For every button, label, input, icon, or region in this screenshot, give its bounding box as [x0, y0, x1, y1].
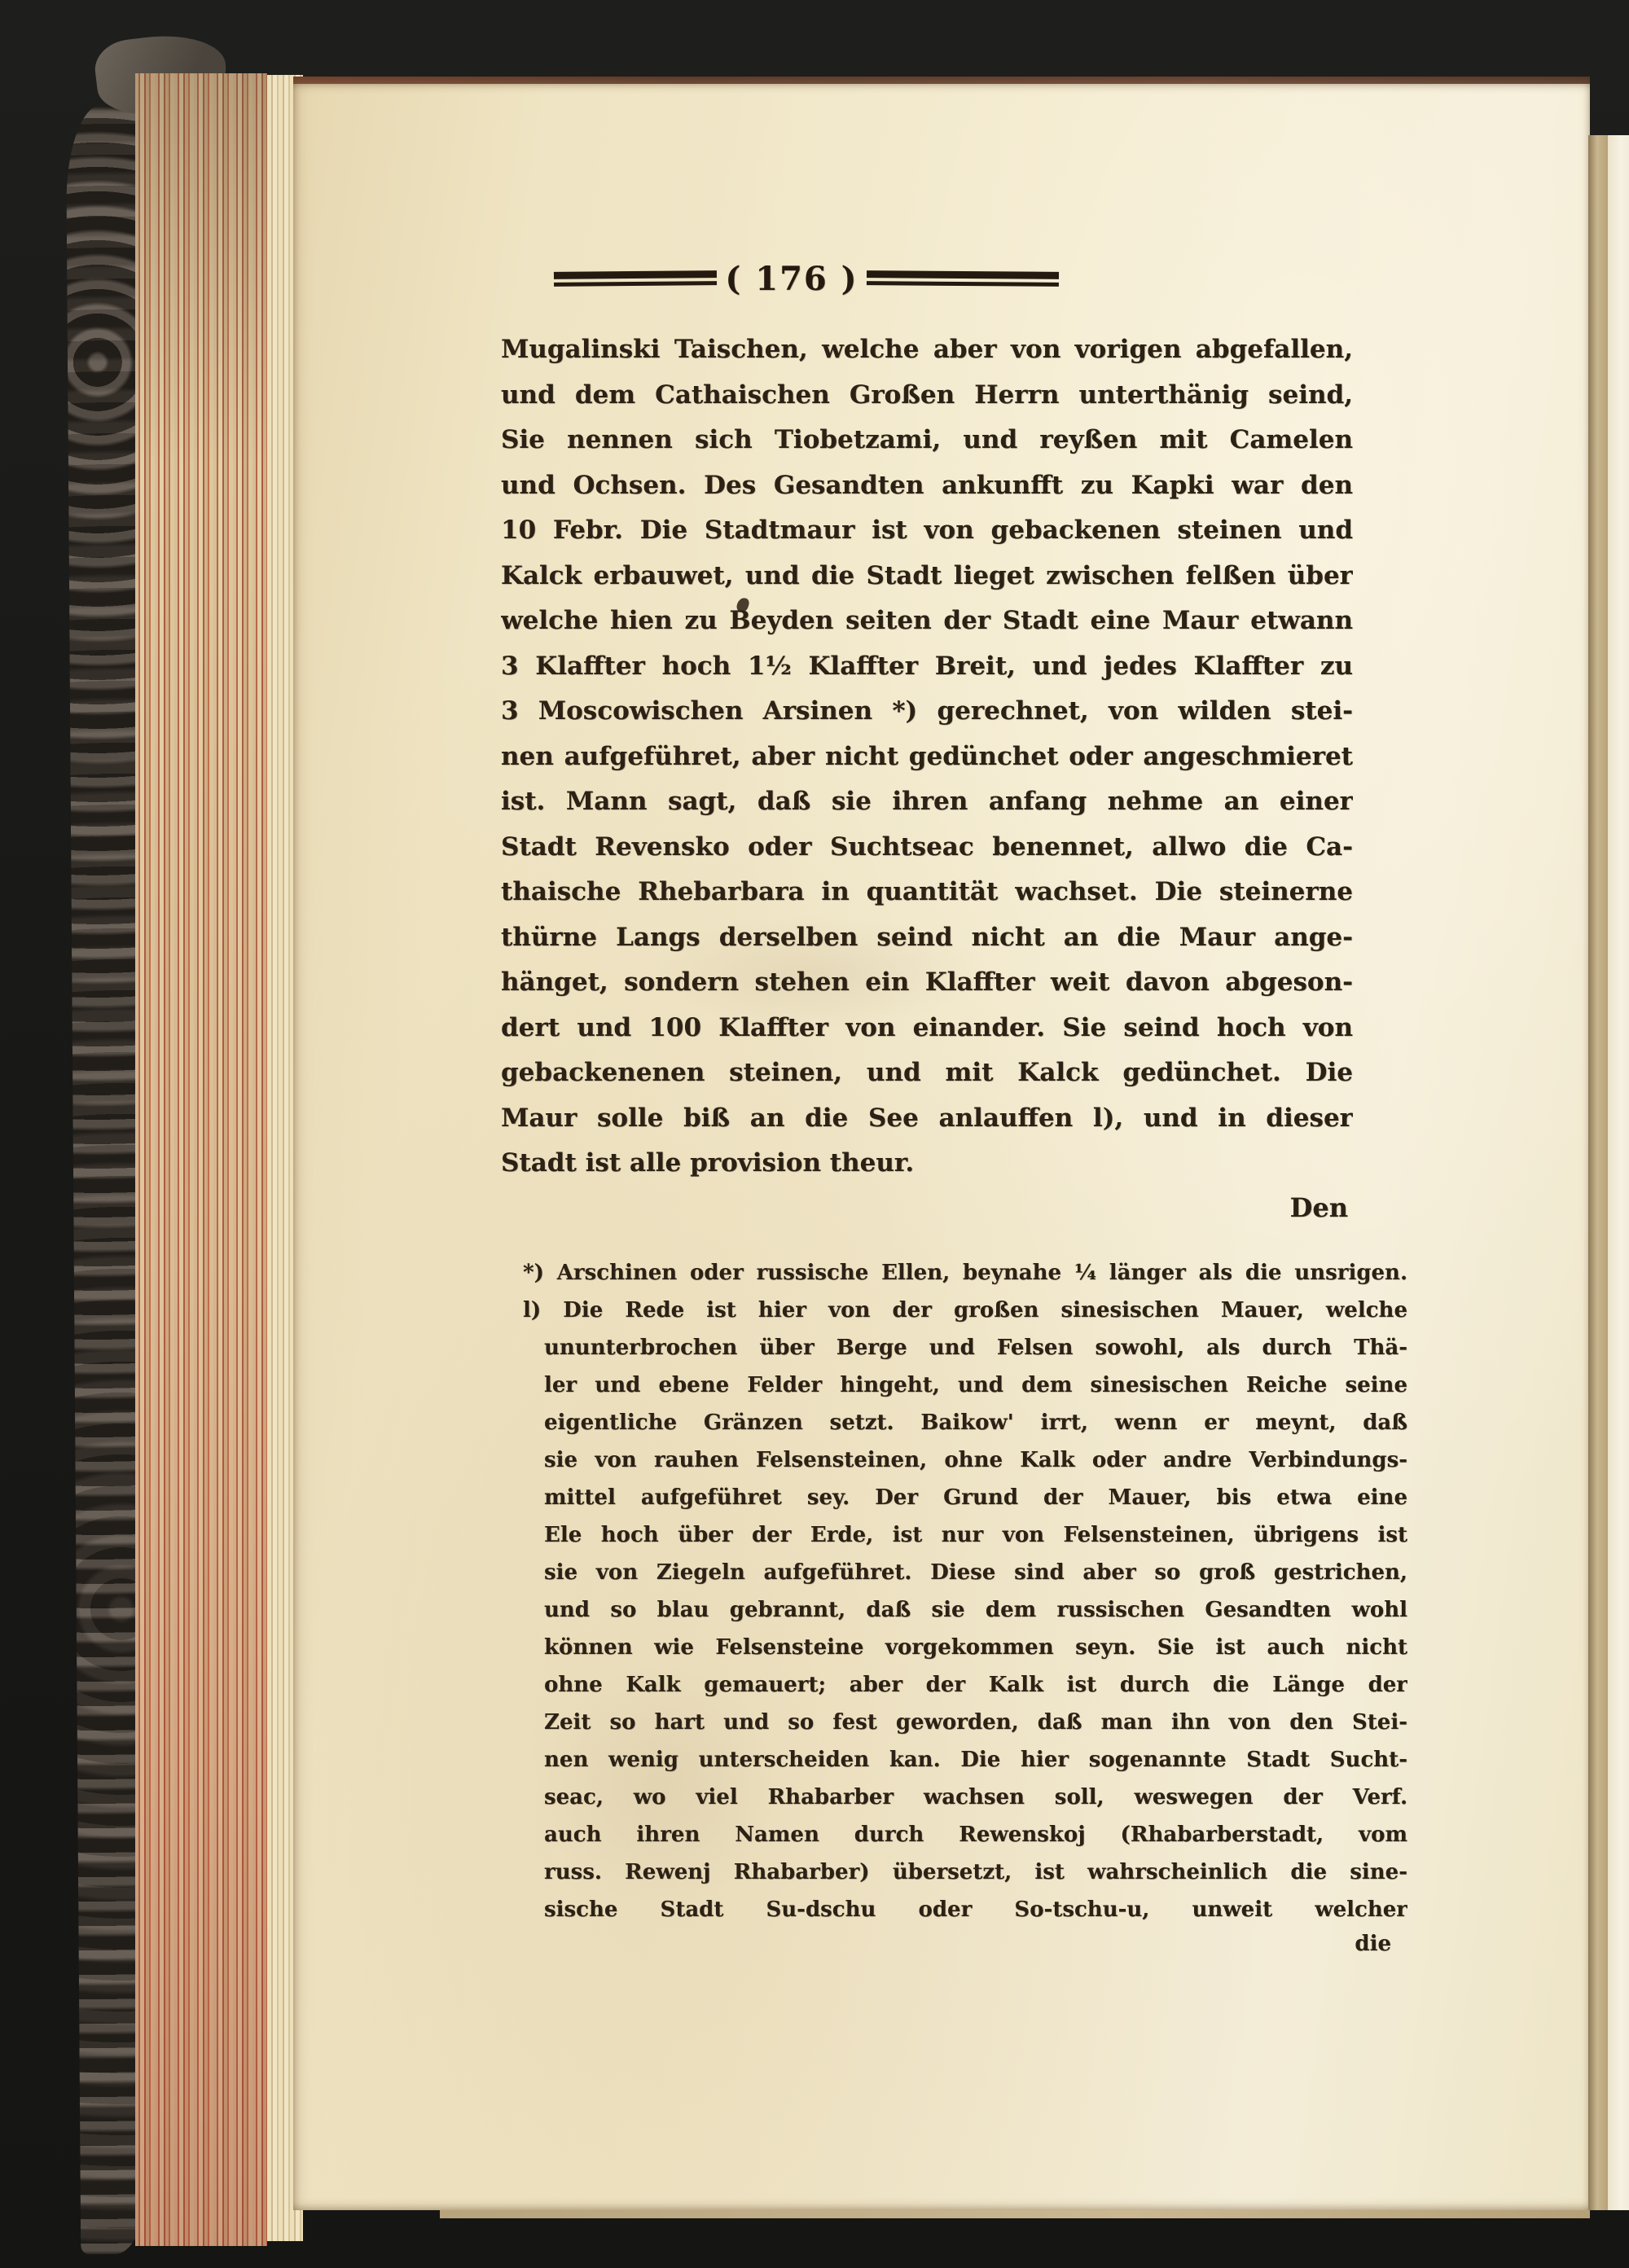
- footnote-line: ler und ebene Felder hingeht, und dem si…: [523, 1367, 1407, 1404]
- text-line: und dem Cathaischen Großen Herrn unterth…: [501, 373, 1353, 419]
- header-rule-right: [867, 270, 1059, 287]
- book-page: ( 176 ) Mugalinski Taischen, welche aber…: [293, 77, 1590, 2210]
- text-line: dert und 100 Klaffter von einander. Sie …: [501, 1006, 1353, 1051]
- fore-edge-page-stack: [135, 73, 267, 2246]
- page-number: ( 176 ): [725, 260, 858, 298]
- text-line: welche hien zu Beyden seiten der Stadt e…: [501, 599, 1353, 644]
- text-line: thürne Langs derselben seind nicht an di…: [501, 915, 1353, 961]
- footnote-line: Ele hoch über der Erde, ist nur von Fels…: [523, 1516, 1407, 1554]
- text-line: 3 Klaffter hoch 1½ Klaffter Breit, und j…: [501, 644, 1353, 690]
- text-line: und Ochsen. Des Gesandten ankunfft zu Ka…: [501, 463, 1353, 509]
- text-line: Stadt Revensko oder Suchtseac benennet, …: [501, 825, 1353, 871]
- page-top-edge-stain: [293, 77, 1590, 84]
- text-line: hänget, sondern stehen ein Klaffter weit…: [501, 960, 1353, 1006]
- text-line: thaische Rhebarbara in quantität wachset…: [501, 870, 1353, 915]
- catchword: Den: [501, 1192, 1348, 1223]
- footnote-line: eigentliche Gränzen setzt. Baikow' irrt,…: [523, 1404, 1407, 1441]
- footnote-line: und so blau gebrannt, daß sie dem russis…: [523, 1591, 1407, 1629]
- text-line: ist. Mann sagt, daß sie ihren anfang neh…: [501, 779, 1353, 825]
- footnote-line: seac, wo viel Rhabarber wachsen soll, we…: [523, 1779, 1407, 1816]
- text-line: Maur solle biß an die See anlauffen l), …: [501, 1096, 1353, 1142]
- bottom-page-edges: [440, 2210, 1590, 2218]
- text-line: Sie nennen sich Tiobetzami, und reyßen m…: [501, 418, 1353, 463]
- header-rule-left: [554, 270, 717, 287]
- footnote-line: sie von rauhen Felsensteinen, ohne Kalk …: [523, 1441, 1407, 1479]
- facing-page-fold: [1588, 135, 1608, 2210]
- text-line: gebackenenen steinen, und mit Kalck gedü…: [501, 1051, 1353, 1096]
- footnote-line: auch ihren Namen durch Rewenskoj (Rhabar…: [523, 1816, 1407, 1853]
- footnote-line: Zeit so hart und so fest geworden, daß m…: [523, 1704, 1407, 1741]
- scanned-book-photo: ( 176 ) Mugalinski Taischen, welche aber…: [0, 0, 1629, 2268]
- footnote-line: ohne Kalk gemauert; aber der Kalk ist du…: [523, 1666, 1407, 1704]
- text-line: Stadt ist alle provision theur.: [501, 1141, 1353, 1187]
- footnote-line: können wie Felsensteine vorgekommen seyn…: [523, 1629, 1407, 1666]
- text-line: Mugalinski Taischen, welche aber von vor…: [501, 327, 1353, 373]
- footnote-line: mittel aufgeführet sey. Der Grund der Ma…: [523, 1479, 1407, 1516]
- footnote-line: *) Arschinen oder russische Ellen, beyna…: [523, 1254, 1407, 1292]
- main-text-block: Mugalinski Taischen, welche aber von vor…: [501, 327, 1353, 1187]
- text-line: 10 Febr. Die Stadtmaur ist von gebackene…: [501, 508, 1353, 554]
- text-line: nen aufgeführet, aber nicht gedünchet od…: [501, 735, 1353, 780]
- facing-page-edge: [1608, 135, 1629, 2210]
- page-header: ( 176 ): [554, 259, 1059, 298]
- footnote-line: l) Die Rede ist hier von der großen sine…: [523, 1292, 1407, 1329]
- text-line: Kalck erbauwet, und die Stadt lieget zwi…: [501, 554, 1353, 599]
- footnotes-block: *) Arschinen oder russische Ellen, beyna…: [523, 1254, 1407, 1928]
- footnote-line: sische Stadt Su-dschu oder So-tschu-u, u…: [523, 1891, 1407, 1928]
- footnote-line: ununterbrochen über Berge und Felsen sow…: [523, 1329, 1407, 1367]
- footnote-catchword: die: [523, 1932, 1391, 1956]
- footnote-line: sie von Ziegeln aufgeführet. Diese sind …: [523, 1554, 1407, 1591]
- text-line: 3 Moscowischen Arsinen *) gerechnet, von…: [501, 689, 1353, 735]
- footnote-line: nen wenig unterscheiden kan. Die hier so…: [523, 1741, 1407, 1779]
- footnote-line: russ. Rewenj Rhabarber) übersetzt, ist w…: [523, 1853, 1407, 1891]
